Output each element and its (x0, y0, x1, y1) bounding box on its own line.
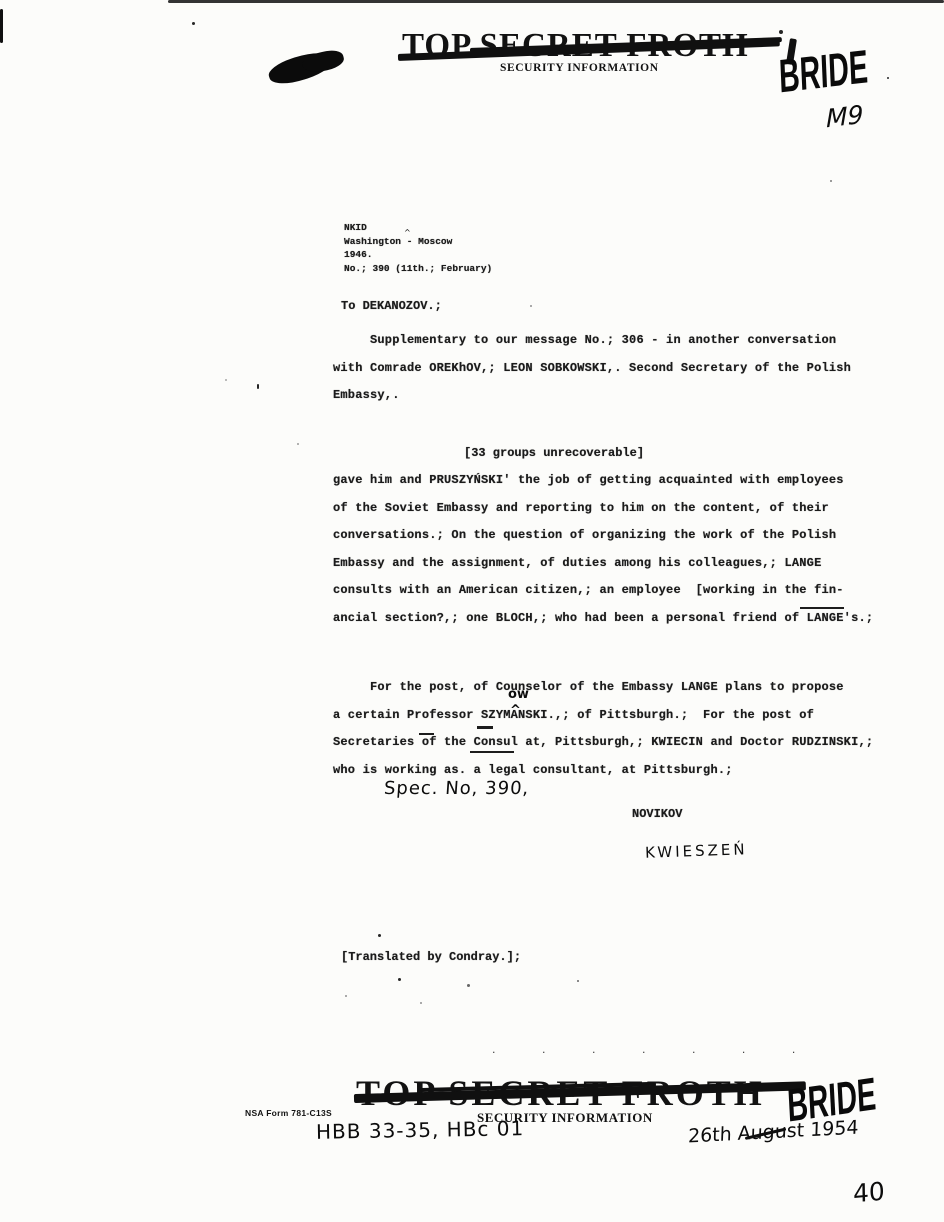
ink-speck (779, 30, 783, 34)
overline-of (419, 733, 434, 735)
paragraph-1: Supplementary to our message No.; 306 - … (333, 327, 851, 410)
ink-speck (530, 305, 532, 307)
ink-speck (398, 978, 401, 981)
ink-speck (577, 980, 579, 982)
scan-top-edge (168, 0, 944, 3)
header-security-line: SECURITY INFORMATION (500, 62, 659, 74)
origin-block: NKID Washington - Moscow 1946. No.; 390 … (344, 221, 492, 275)
ink-speck (225, 379, 227, 381)
ink-speck (830, 180, 832, 182)
handwritten-ow-insertion: ow (508, 687, 529, 702)
ink-speck (345, 995, 347, 997)
insertion-caret: ^ (510, 703, 521, 718)
paragraph-2: gave him and PRUSZYŃSKI' the job of gett… (333, 467, 873, 633)
handwritten-reference: HBB 33-35, HBc 01 (316, 1116, 525, 1144)
ink-speck (192, 22, 195, 25)
header-bride-stamp: BRIDE (778, 40, 869, 104)
paragraph-3: For the post, of Counselor of the Embass… (333, 674, 873, 784)
ink-speck (887, 77, 889, 79)
footer-form-number: NSA Form 781-C13S (245, 1108, 332, 1118)
underline-consul (470, 751, 514, 753)
handwritten-page-number: 40 (853, 1177, 885, 1209)
ink-speck (420, 1002, 422, 1004)
dots-row: · · · · · · · (492, 1046, 804, 1059)
scanned-document-page: TOP SECRET FROTH SECURITY INFORMATION BR… (0, 0, 944, 1222)
header-handwritten-m9: M9 (826, 100, 864, 134)
ink-speck (297, 443, 299, 445)
overline-lange (800, 607, 844, 609)
translator-note: [Translated by Condray.]; (341, 950, 521, 964)
handwritten-spec-no: Spec. No, 390, (383, 778, 530, 799)
unrecoverable-note: [33 groups unrecoverable] (464, 446, 644, 460)
salutation-line: To DEKANOZOV.; (341, 299, 442, 313)
ink-speck (378, 934, 381, 937)
scan-left-edge-tick (0, 9, 3, 43)
signature-novikov: NOVIKOV (632, 807, 682, 821)
origin-dash-diacritic: ^ (404, 228, 411, 237)
ink-speck (467, 984, 470, 987)
handwritten-kwieszen: KWIESZEŃ (645, 840, 748, 862)
ink-speck (257, 384, 259, 389)
underline-sz (477, 726, 493, 729)
